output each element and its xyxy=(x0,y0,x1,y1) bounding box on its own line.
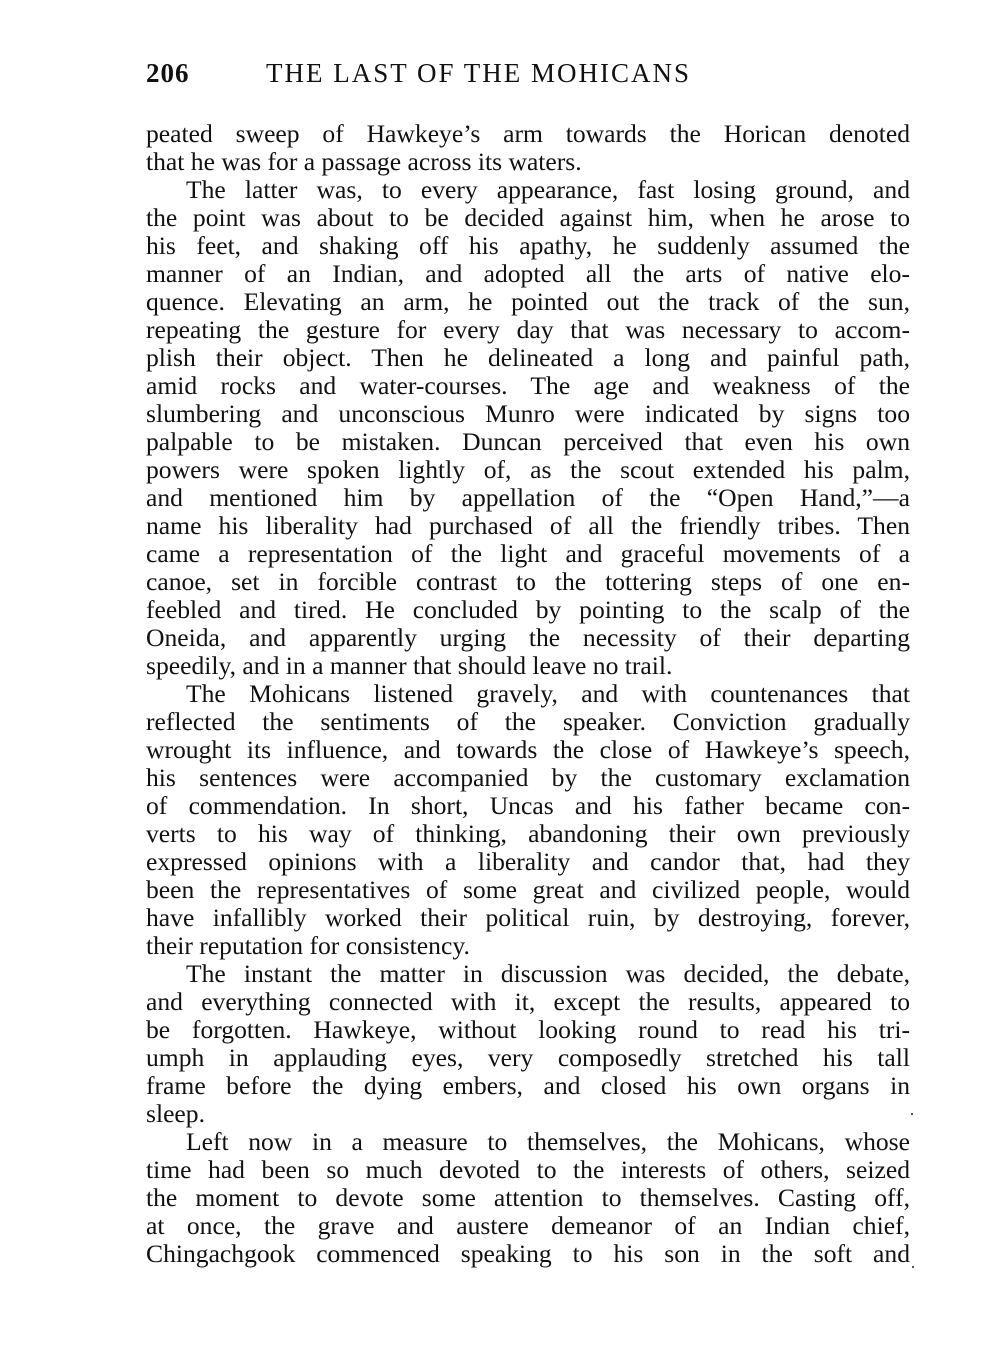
text-line: be forgotten. Hawkeye, without looking r… xyxy=(146,1016,910,1044)
text-line: reflected the sentiments of the speaker.… xyxy=(146,708,910,736)
text-line: quence. Elevating an arm, he pointed out… xyxy=(146,288,910,316)
text-line: time had been so much devoted to the int… xyxy=(146,1156,910,1184)
text-line: slumbering and unconscious Munro were in… xyxy=(146,400,910,428)
text-line: amid rocks and water-courses. The age an… xyxy=(146,372,910,400)
text-line: canoe, set in forcible contrast to the t… xyxy=(146,568,910,596)
text-line: Left now in a measure to themselves, the… xyxy=(146,1128,910,1156)
text-line: his feet, and shaking off his apathy, he… xyxy=(146,232,910,260)
text-line: at once, the grave and austere demeanor … xyxy=(146,1212,910,1240)
text-line: came a representation of the light and g… xyxy=(146,540,910,568)
running-head: 206 THE LAST OF THE MOHICANS xyxy=(146,58,910,98)
text-line: that he was for a passage across its wat… xyxy=(146,148,910,176)
text-line: and mentioned him by appellation of the … xyxy=(146,484,910,512)
text-line: have infallibly worked their political r… xyxy=(146,904,910,932)
text-line: their reputation for consistency. xyxy=(146,932,910,960)
text-line: Chingachgook commenced speaking to his s… xyxy=(146,1240,910,1268)
body-text: peated sweep of Hawkeye’s arm towards th… xyxy=(146,120,910,1268)
text-line: Oneida, and apparently urging the necess… xyxy=(146,624,910,652)
text-line: umph in applauding eyes, very composedly… xyxy=(146,1044,910,1072)
text-line: and everything connected with it, except… xyxy=(146,988,910,1016)
text-line: The latter was, to every appearance, fas… xyxy=(146,176,910,204)
text-line: peated sweep of Hawkeye’s arm towards th… xyxy=(146,120,910,148)
text-line: name his liberality had purchased of all… xyxy=(146,512,910,540)
text-line: wrought its influence, and towards the c… xyxy=(146,736,910,764)
page-number: 206 xyxy=(146,58,190,89)
text-line: The Mohicans listened gravely, and with … xyxy=(146,680,910,708)
text-line: manner of an Indian, and adopted all the… xyxy=(146,260,910,288)
text-line: the point was about to be decided agains… xyxy=(146,204,910,232)
text-line: of commendation. In short, Uncas and his… xyxy=(146,792,910,820)
text-line: repeating the gesture for every day that… xyxy=(146,316,910,344)
text-line: feebled and tired. He concluded by point… xyxy=(146,596,910,624)
text-line: powers were spoken lightly of, as the sc… xyxy=(146,456,910,484)
text-line: verts to his way of thinking, abandoning… xyxy=(146,820,910,848)
text-line: expressed opinions with a liberality and… xyxy=(146,848,910,876)
text-line: plish their object. Then he delineated a… xyxy=(146,344,910,372)
text-line: sleep. xyxy=(146,1100,910,1128)
text-line: The instant the matter in discussion was… xyxy=(146,960,910,988)
scan-speck xyxy=(911,1113,913,1115)
running-title: THE LAST OF THE MOHICANS xyxy=(266,58,691,89)
text-line: frame before the dying embers, and close… xyxy=(146,1072,910,1100)
text-line: his sentences were accompanied by the cu… xyxy=(146,764,910,792)
text-line: speedily, and in a manner that should le… xyxy=(146,652,910,680)
text-line: the moment to devote some attention to t… xyxy=(146,1184,910,1212)
text-line: palpable to be mistaken. Duncan perceive… xyxy=(146,428,910,456)
scan-speck xyxy=(912,1266,914,1268)
text-line: been the representatives of some great a… xyxy=(146,876,910,904)
